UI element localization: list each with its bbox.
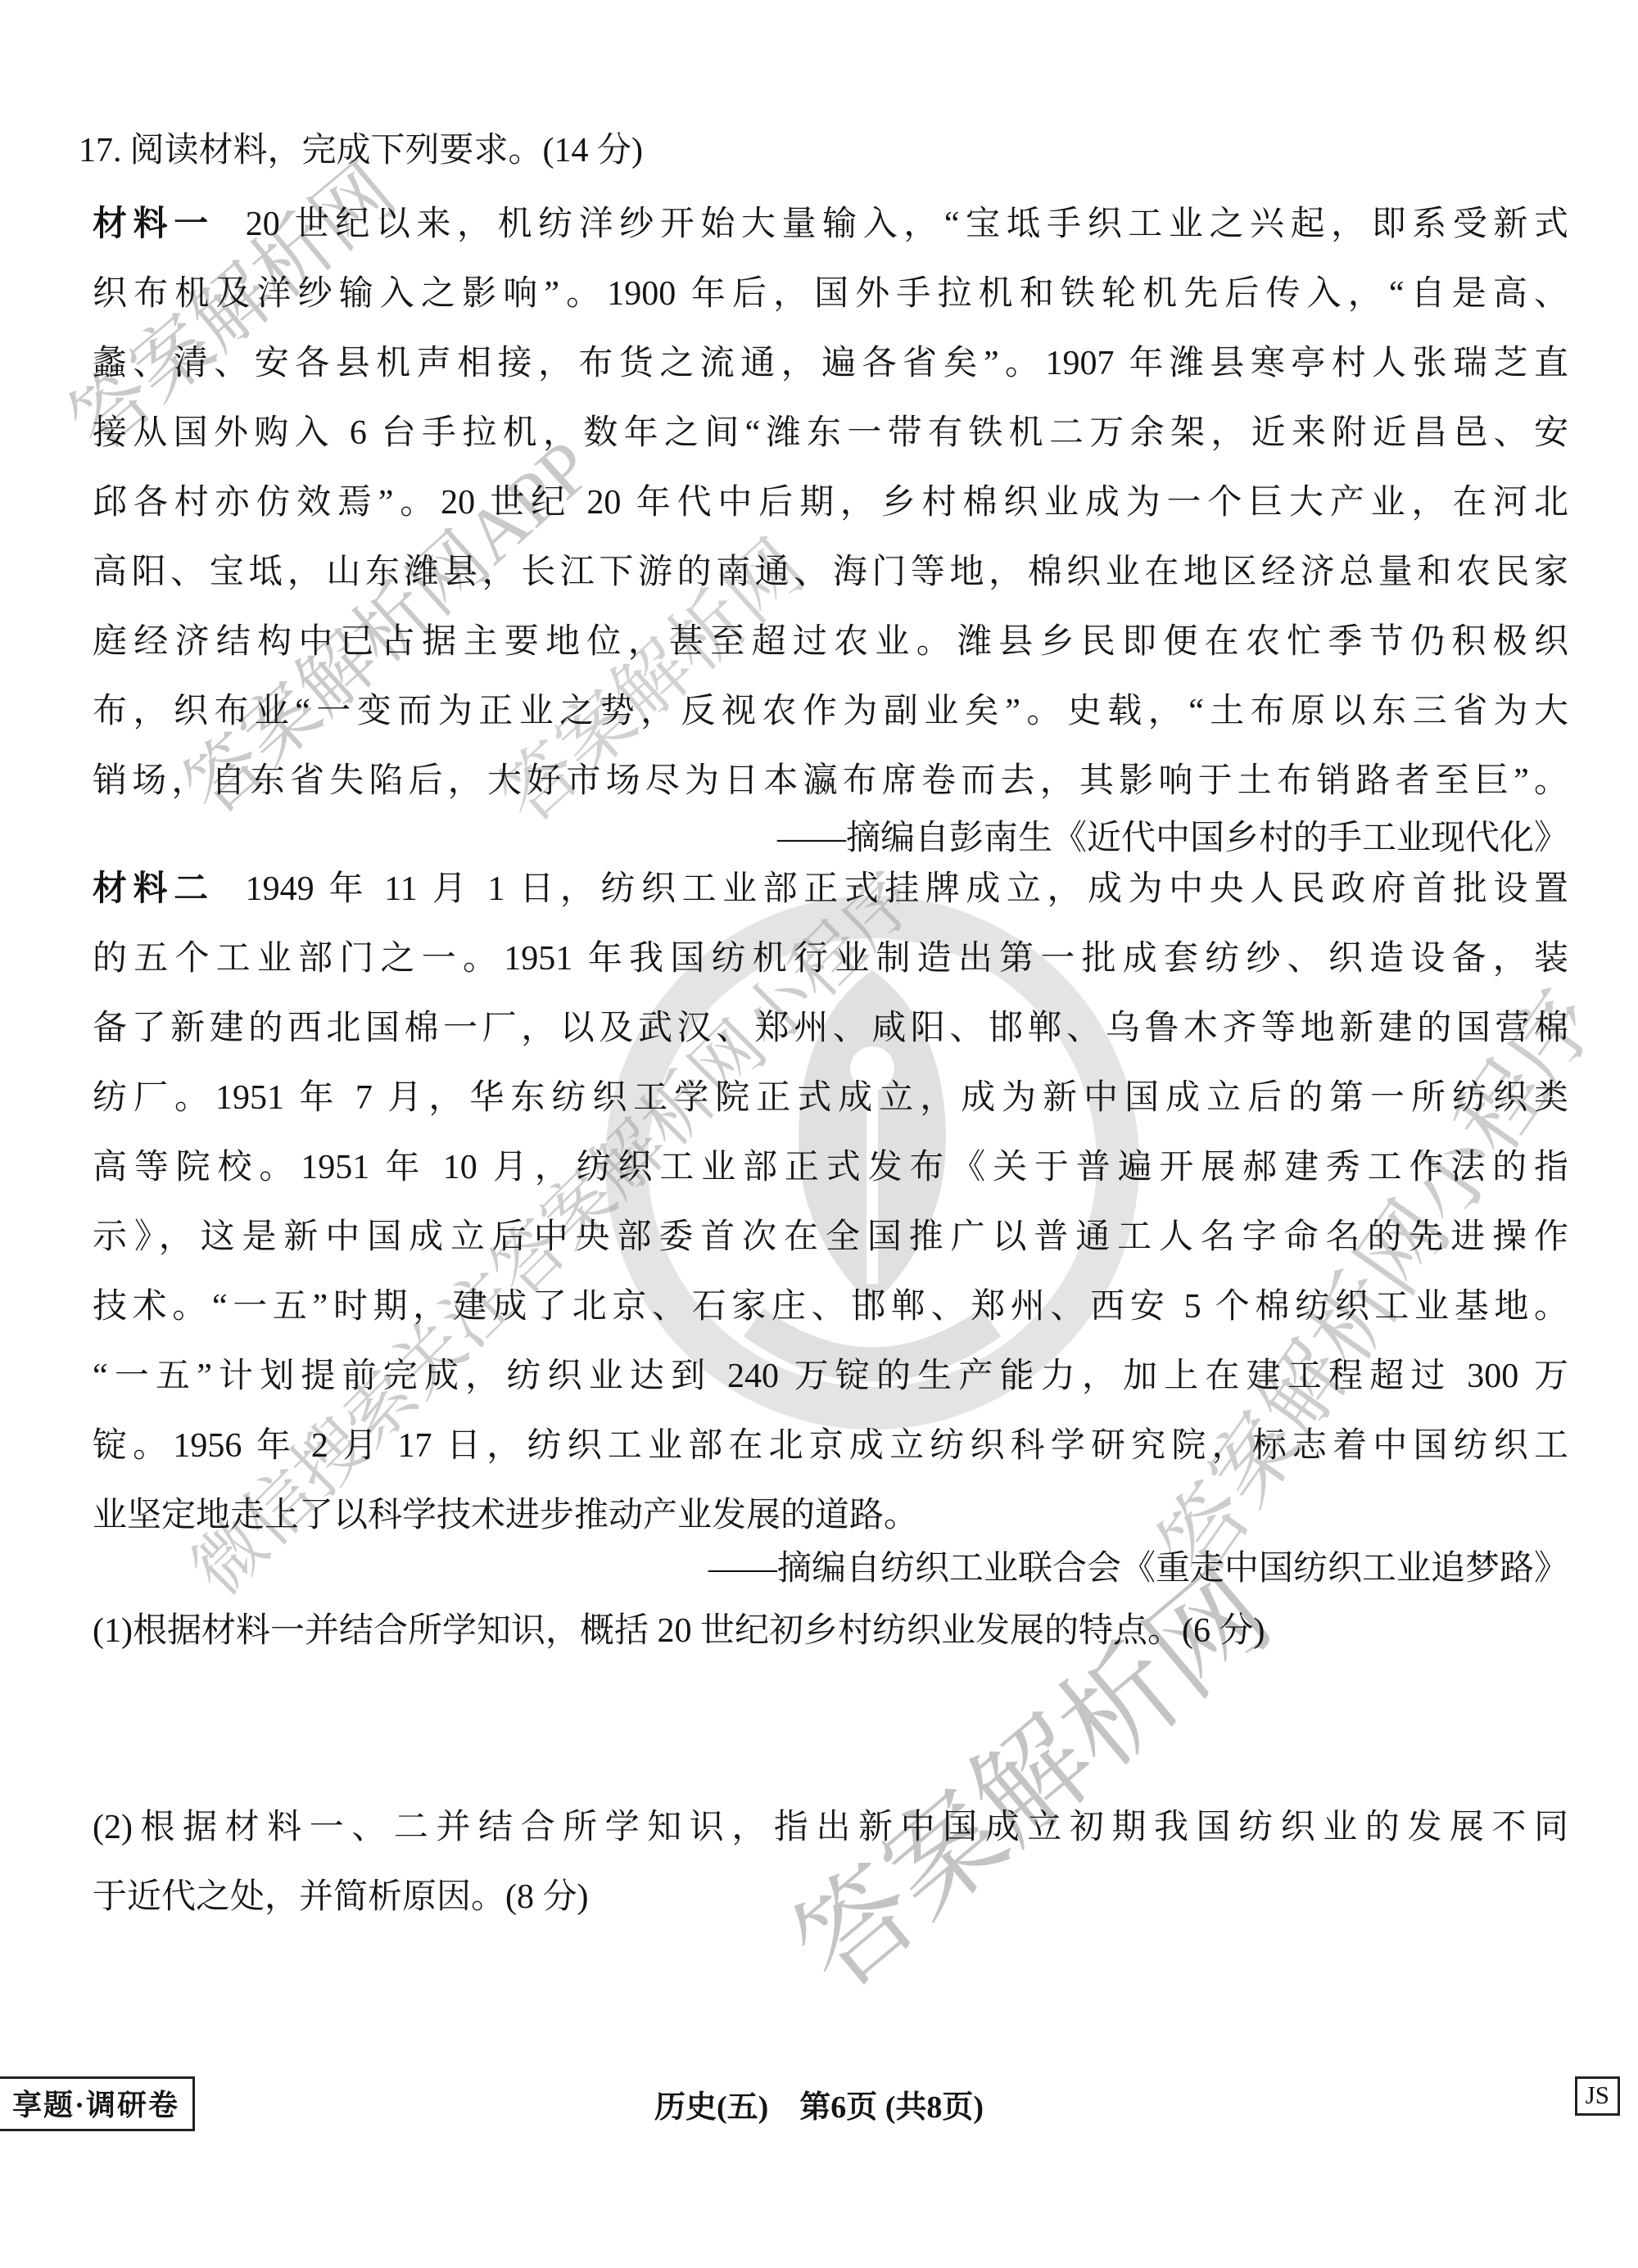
watermark-text: 答案解析网 <box>753 1526 1298 2021</box>
material2-attribution: ——摘编自纺织工业联合会《重走中国纺织工业追梦路》 <box>93 1549 1568 1590</box>
material2-line: 备了新建的西北国棉一厂，以及武汉、郑州、咸阳、邯郸、乌鲁木齐等地新建的国营棉 <box>93 1009 1568 1050</box>
material1-line: 织布机及洋纱输入之影响”。1900 年后，国外手拉机和铁轮机先后传入，“自是高、 <box>93 274 1568 315</box>
material2-line: 业坚定地走上了以科学技术进步推动产业发展的道路。 <box>93 1496 1568 1537</box>
material1-line: 高阳、宝坻，山东潍县，长江下游的南通、海门等地，棉织业在地区经济总量和农民家 <box>93 553 1568 594</box>
material2-line: 高等院校。1951 年 10 月，纺织工业部正式发布《关于普遍开展郝建秀工作法的… <box>93 1148 1568 1189</box>
page-number-line: 历史(五) 第6页 (共8页) <box>0 2081 1638 2126</box>
question-17-heading: 17.阅读材料，完成下列要求。(14 分) <box>79 131 1569 172</box>
material1-line: 蠡、清、安各县机声相接，布货之流通，遍各省矣”。1907 年潍县寒亭村人张瑞芝直 <box>93 344 1568 385</box>
material2-line: 的五个工业部门之一。1951 年我国纺机行业制造出第一批成套纺纱、织造设备，装 <box>93 939 1568 980</box>
sub-question-2-line1: (2)根据材料一、二并结合所学知识，指出新中国成立初期我国纺织业的发展不同 <box>93 1808 1568 1849</box>
material2-line: 示》，这是新中国成立后中央部委首次在全国推广以普通工人名字命名的先进操作 <box>93 1218 1568 1258</box>
material1-line: 庭经济结构中已占据主要地位，甚至超过农业。潍县乡民即便在农忙季节仍积极织 <box>93 622 1568 663</box>
paper-code-badge: JS <box>1575 2076 1620 2116</box>
sub-question-2-line2: 于近代之处，并简析原因。(8 分) <box>93 1877 1568 1918</box>
sub-question-1: (1)根据材料一并结合所学知识，概括 20 世纪初乡村纺织业发展的特点。(6 分… <box>93 1611 1568 1652</box>
material1-line: 接从国外购入 6 台手拉机，数年之间“潍东一带有铁机二万余架，近来附近昌邑、安 <box>93 413 1568 454</box>
exam-page: 答案解析网 答案解析网APP 答案解析网 微信搜索关注答案解析网小程序 答案解析… <box>0 0 1638 2268</box>
material2-label: 材料二 <box>93 870 215 908</box>
material1-line: 材料一20 世纪以来，机纺洋纱开始大量输入，“宝坻手织工业之兴起，即系受新式 <box>93 205 1568 246</box>
material1-line: 邱各村亦仿效焉”。20 世纪 20 年代中后期，乡村棉织业成为一个巨大产业，在河… <box>93 483 1568 524</box>
page-footer: 享题·调研卷 历史(五) 第6页 (共8页) JS <box>0 2071 1638 2129</box>
material2-line: 锭。1956 年 2 月 17 日，纺织工业部在北京成立纺织科学研究院，标志着中… <box>93 1426 1568 1467</box>
material1-label: 材料一 <box>93 206 215 243</box>
question-number: 17. <box>79 132 122 169</box>
material2-line: “一五”计划提前完成，纺织业达到 240 万锭的生产能力，加上在建工程超过 30… <box>93 1357 1568 1398</box>
material1-attribution: ——摘编自彭南生《近代中国乡村的手工业现代化》 <box>93 819 1568 860</box>
material1-line: 布，织布业“一变而为正业之势，反视农作为副业矣”。史载，“土布原以东三省为大 <box>93 692 1568 733</box>
material2-line: 材料二1949 年 11 月 1 日，纺织工业部正式挂牌成立，成为中央人民政府首… <box>93 870 1568 910</box>
question-intro: 阅读材料，完成下列要求。(14 分) <box>130 132 643 169</box>
material2-line: 纺厂。1951 年 7 月，华东纺织工学院正式成立，成为新中国成立后的第一所纺织… <box>93 1078 1568 1119</box>
material2-line: 技术。“一五”时期，建成了北京、石家庄、邯郸、郑州、西安 5 个棉纺织工业基地。 <box>93 1287 1568 1328</box>
material1-line: 销场，自东省失陷后，大好市场尽为日本瀛布席卷而去，其影响于土布销路者至巨”。 <box>93 761 1568 802</box>
